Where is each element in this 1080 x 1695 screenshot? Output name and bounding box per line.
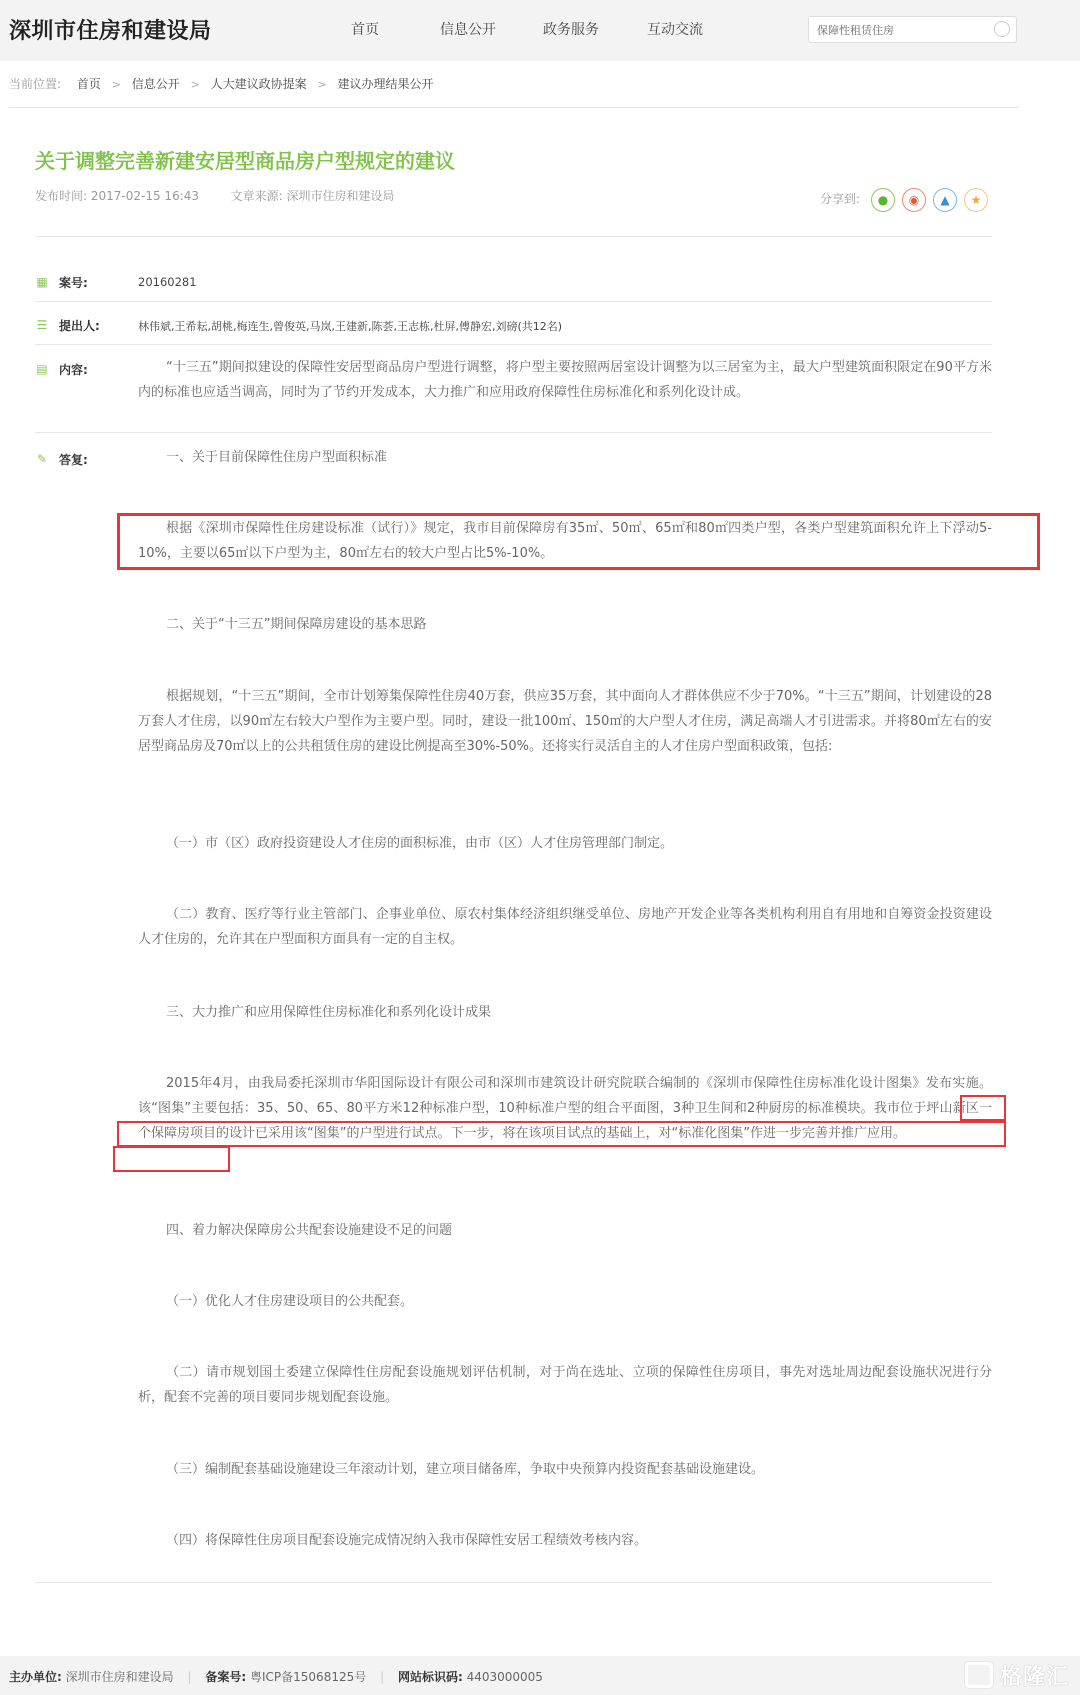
section-3-paragraph: 2015年4月，由我局委托深圳市华阳国际设计有限公司和深圳市建筑设计研究院联合编… bbox=[138, 1071, 992, 1146]
proposer-label: 提出人: bbox=[59, 317, 100, 334]
section-3-heading: 三、大力推广和应用保障性住房标准化和系列化设计成果 bbox=[138, 1000, 992, 1025]
share-favorite-button[interactable]: ★ bbox=[964, 188, 988, 212]
site-header: 深圳市住房和建设局 首页 信息公开 政务服务 互动交流 bbox=[0, 0, 1080, 61]
section-2-paragraph-2: （一）市（区）政府投资建设人才住房的面积标准，由市（区）人才住房管理部门制定。 bbox=[138, 831, 992, 856]
section-4-heading: 四、着力解决保障房公共配套设施建设不足的问题 bbox=[138, 1218, 992, 1243]
breadcrumb-results[interactable]: 建议办理结果公开 bbox=[338, 77, 434, 91]
case-no-value: 20160281 bbox=[138, 275, 197, 289]
section-4-paragraph-2: （二）请市规划国土委建立保障性住房配套设施规划评估机制，对于尚在选址、立项的保障… bbox=[138, 1360, 992, 1410]
divider bbox=[35, 301, 992, 302]
qq-icon: ▲ bbox=[940, 193, 949, 207]
reply-label: 答复: bbox=[59, 451, 88, 468]
list-icon: ☰ bbox=[35, 318, 49, 332]
breadcrumb-separator: > bbox=[318, 78, 327, 91]
breadcrumb-separator: > bbox=[191, 78, 200, 91]
share-qq-button[interactable]: ▲ bbox=[933, 188, 957, 212]
divider bbox=[9, 107, 1019, 108]
content-text: “十三五”期间拟建设的保障性安居型商品房户型进行调整，将户型主要按照两居室设计调… bbox=[138, 355, 992, 405]
watermark-logo-icon bbox=[965, 1662, 993, 1688]
share-label: 分享到: bbox=[820, 190, 860, 207]
proposer-value: 林伟斌,王希耘,胡桃,梅连生,曾俊英,马岚,王建新,陈荟,王志栋,杜屏,傅静宏,… bbox=[138, 318, 562, 334]
highlight-box bbox=[113, 1146, 230, 1172]
site-logo[interactable]: 深圳市住房和建设局 bbox=[9, 14, 212, 45]
case-no-label: 案号: bbox=[59, 274, 88, 291]
share-wechat-button[interactable]: ● bbox=[871, 188, 895, 212]
grid-icon: ▦ bbox=[35, 275, 49, 289]
section-1-paragraph: 根据《深圳市保障性住房建设标准（试行）》规定，我市目前保障房有35㎡、50㎡、6… bbox=[138, 516, 992, 566]
nav-home[interactable]: 首页 bbox=[351, 19, 379, 39]
site-id-value: 4403000005 bbox=[467, 1670, 543, 1684]
source-value: 深圳市住房和建设局 bbox=[287, 189, 395, 203]
breadcrumb-label: 当前位置: bbox=[9, 77, 61, 91]
breadcrumb-separator: > bbox=[112, 78, 121, 91]
breadcrumb: 当前位置: 首页 > 信息公开 > 人大建议政协提案 > 建议办理结果公开 bbox=[9, 75, 434, 92]
source-label: 文章来源: bbox=[231, 189, 283, 203]
section-4-paragraph-4: （四）将保障性住房项目配套设施完成情况纳入我市保障性安居工程绩效考核内容。 bbox=[138, 1528, 992, 1553]
wechat-icon: ● bbox=[878, 193, 888, 207]
nav-gov-services[interactable]: 政务服务 bbox=[543, 19, 599, 39]
breadcrumb-info-disclosure[interactable]: 信息公开 bbox=[132, 77, 180, 91]
divider bbox=[35, 236, 992, 237]
footer-info: 主办单位: 深圳市住房和建设局 | 备案号: 粤ICP备15068125号 | … bbox=[9, 1668, 543, 1685]
site-footer: 主办单位: 深圳市住房和建设局 | 备案号: 粤ICP备15068125号 | … bbox=[0, 1656, 1080, 1695]
divider bbox=[35, 344, 992, 345]
divider bbox=[35, 1582, 992, 1583]
icp-label: 备案号: bbox=[205, 1670, 246, 1684]
section-4-paragraph-1: （一）优化人才住房建设项目的公共配套。 bbox=[138, 1289, 992, 1314]
section-2-heading: 二、关于“十三五”期间保障房建设的基本思路 bbox=[138, 612, 992, 637]
search-icon[interactable] bbox=[994, 21, 1010, 37]
nav-info-disclosure[interactable]: 信息公开 bbox=[440, 19, 496, 39]
star-icon: ★ bbox=[971, 193, 982, 207]
search-box bbox=[808, 16, 1017, 43]
host-value: 深圳市住房和建设局 bbox=[66, 1670, 174, 1684]
icp-value[interactable]: 粤ICP备15068125号 bbox=[250, 1670, 366, 1684]
article-title: 关于调整完善新建安居型商品房户型规定的建议 bbox=[35, 145, 455, 174]
content-label: 内容: bbox=[59, 361, 88, 378]
weibo-icon: ◉ bbox=[909, 193, 919, 207]
site-id-label: 网站标识码: bbox=[398, 1670, 463, 1684]
section-1-heading: 一、关于目前保障性住房户型面积标准 bbox=[138, 445, 992, 470]
nav-interaction[interactable]: 互动交流 bbox=[647, 19, 703, 39]
section-2-paragraph-3: （二）教育、医疗等行业主管部门、企事业单位、原农村集体经济组织继受单位、房地产开… bbox=[138, 902, 992, 952]
host-label: 主办单位: bbox=[9, 1670, 62, 1684]
breadcrumb-home[interactable]: 首页 bbox=[77, 77, 101, 91]
publish-label: 发布时间: bbox=[35, 189, 87, 203]
share-weibo-button[interactable]: ◉ bbox=[902, 188, 926, 212]
publish-time: 2017-02-15 16:43 bbox=[91, 189, 199, 203]
section-4-paragraph-3: （三）编制配套基础设施建设三年滚动计划，建立项目储备库，争取中央预算内投资配套基… bbox=[138, 1457, 992, 1482]
article-meta: 发布时间: 2017-02-15 16:43 文章来源: 深圳市住房和建设局 bbox=[35, 187, 395, 204]
divider bbox=[35, 432, 992, 433]
reply-icon: ✎ bbox=[35, 452, 49, 466]
watermark-text: 格隆汇 bbox=[1000, 1660, 1069, 1691]
document-icon: ▤ bbox=[35, 362, 49, 376]
breadcrumb-proposals[interactable]: 人大建议政协提案 bbox=[211, 77, 307, 91]
search-input[interactable] bbox=[817, 21, 987, 39]
section-2-paragraph-1: 根据规划，“十三五”期间，全市计划筹集保障性住房40万套，供应35万套，其中面向… bbox=[138, 684, 992, 759]
